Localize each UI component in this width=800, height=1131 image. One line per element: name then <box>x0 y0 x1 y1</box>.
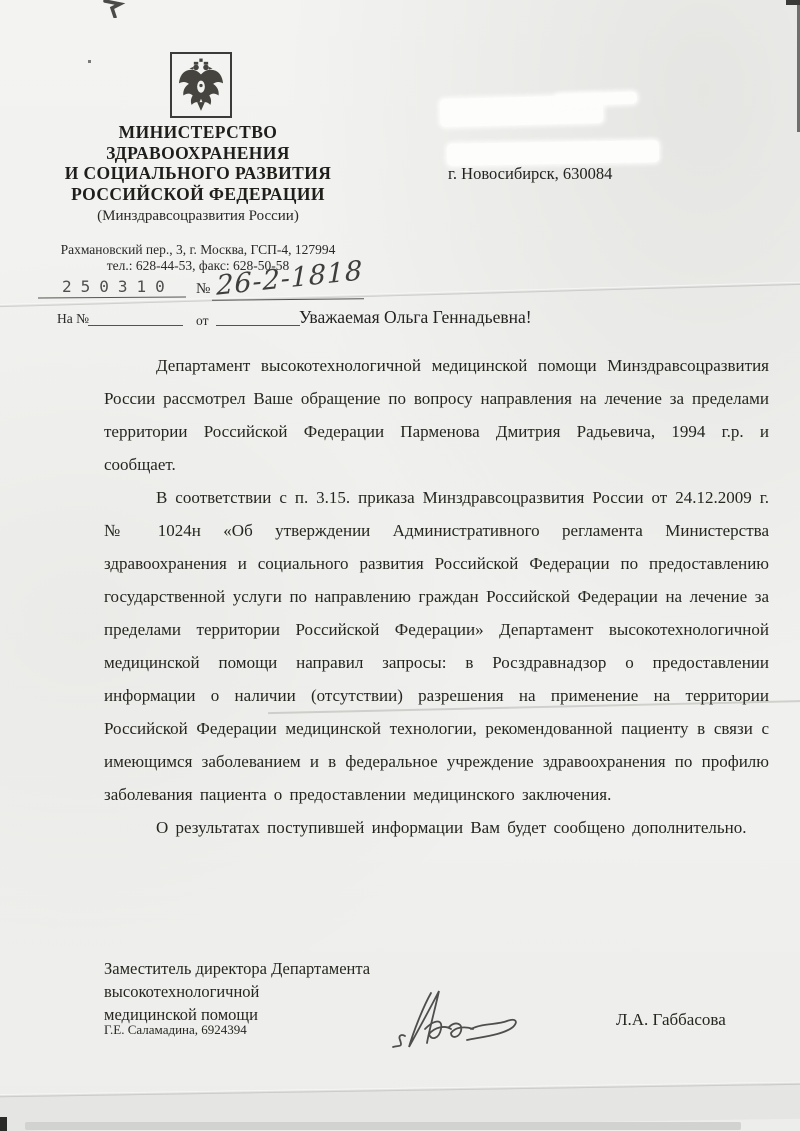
dust-speck <box>88 60 91 63</box>
date-stamp: 250310 <box>62 277 174 296</box>
from-label: от <box>196 313 208 329</box>
ministry-name-line: ЗДРАВООХРАНЕНИЯ <box>12 143 384 164</box>
russian-coat-of-arms-icon <box>176 58 226 112</box>
recipient-city: г. Новосибирск, 630084 <box>448 164 612 184</box>
number-underline <box>212 298 364 301</box>
handwritten-signature-icon <box>385 985 535 1057</box>
ministry-short-name: (Минздравсоцразвития России) <box>12 208 384 225</box>
letter-body: Департамент высокотехнологичной медицинс… <box>104 349 769 844</box>
from-underline <box>216 325 300 326</box>
ministry-name-line: И СОЦИАЛЬНОГО РАЗВИТИЯ <box>12 163 384 184</box>
executor-line: Г.Е. Саламадина, 6924394 <box>104 1022 247 1038</box>
body-paragraph-2: В соответствии с п. 3.15. приказа Минздр… <box>104 481 769 811</box>
paper-crease-bottom <box>0 1082 800 1098</box>
on-number-label: На № <box>57 311 89 327</box>
coat-of-arms-frame <box>170 52 232 118</box>
signer-position-line1: Заместитель директора Департамента <box>104 957 370 980</box>
ministry-name-line: МИНИСТЕРСТВО <box>12 122 384 143</box>
scanned-letter-page: МИНИСТЕРСТВО ЗДРАВООХРАНЕНИЯ И СОЦИАЛЬНО… <box>0 0 800 1131</box>
scanner-edge-band <box>25 1122 741 1130</box>
signer-position: Заместитель директора Департамента высок… <box>104 957 370 1026</box>
body-paragraph-1: Департамент высокотехнологичной медицинс… <box>104 349 769 481</box>
ministry-address-line1: Рахмановский пер., 3, г. Москва, ГСП-4, … <box>12 242 384 258</box>
number-sign-label: № <box>196 281 210 298</box>
letterhead: МИНИСТЕРСТВО ЗДРАВООХРАНЕНИЯ И СОЦИАЛЬНО… <box>12 122 384 274</box>
signer-position-line2: высокотехнологичной <box>104 980 370 1003</box>
body-paragraph-3: О результатах поступившей информации Вам… <box>104 811 769 844</box>
salutation: Уважаемая Ольга Геннадьевна! <box>299 307 532 328</box>
ink-smudge <box>102 0 126 18</box>
scanner-corner-tick <box>786 0 800 5</box>
scanner-corner-mark <box>0 1117 7 1131</box>
on-number-underline <box>88 325 183 326</box>
stamp-underline <box>38 296 186 298</box>
redaction-bar <box>447 140 659 166</box>
redaction-bar <box>555 92 637 107</box>
signer-name: Л.А. Габбасова <box>616 1010 726 1030</box>
ministry-name-line: РОССИЙСКОЙ ФЕДЕРАЦИИ <box>12 184 384 205</box>
